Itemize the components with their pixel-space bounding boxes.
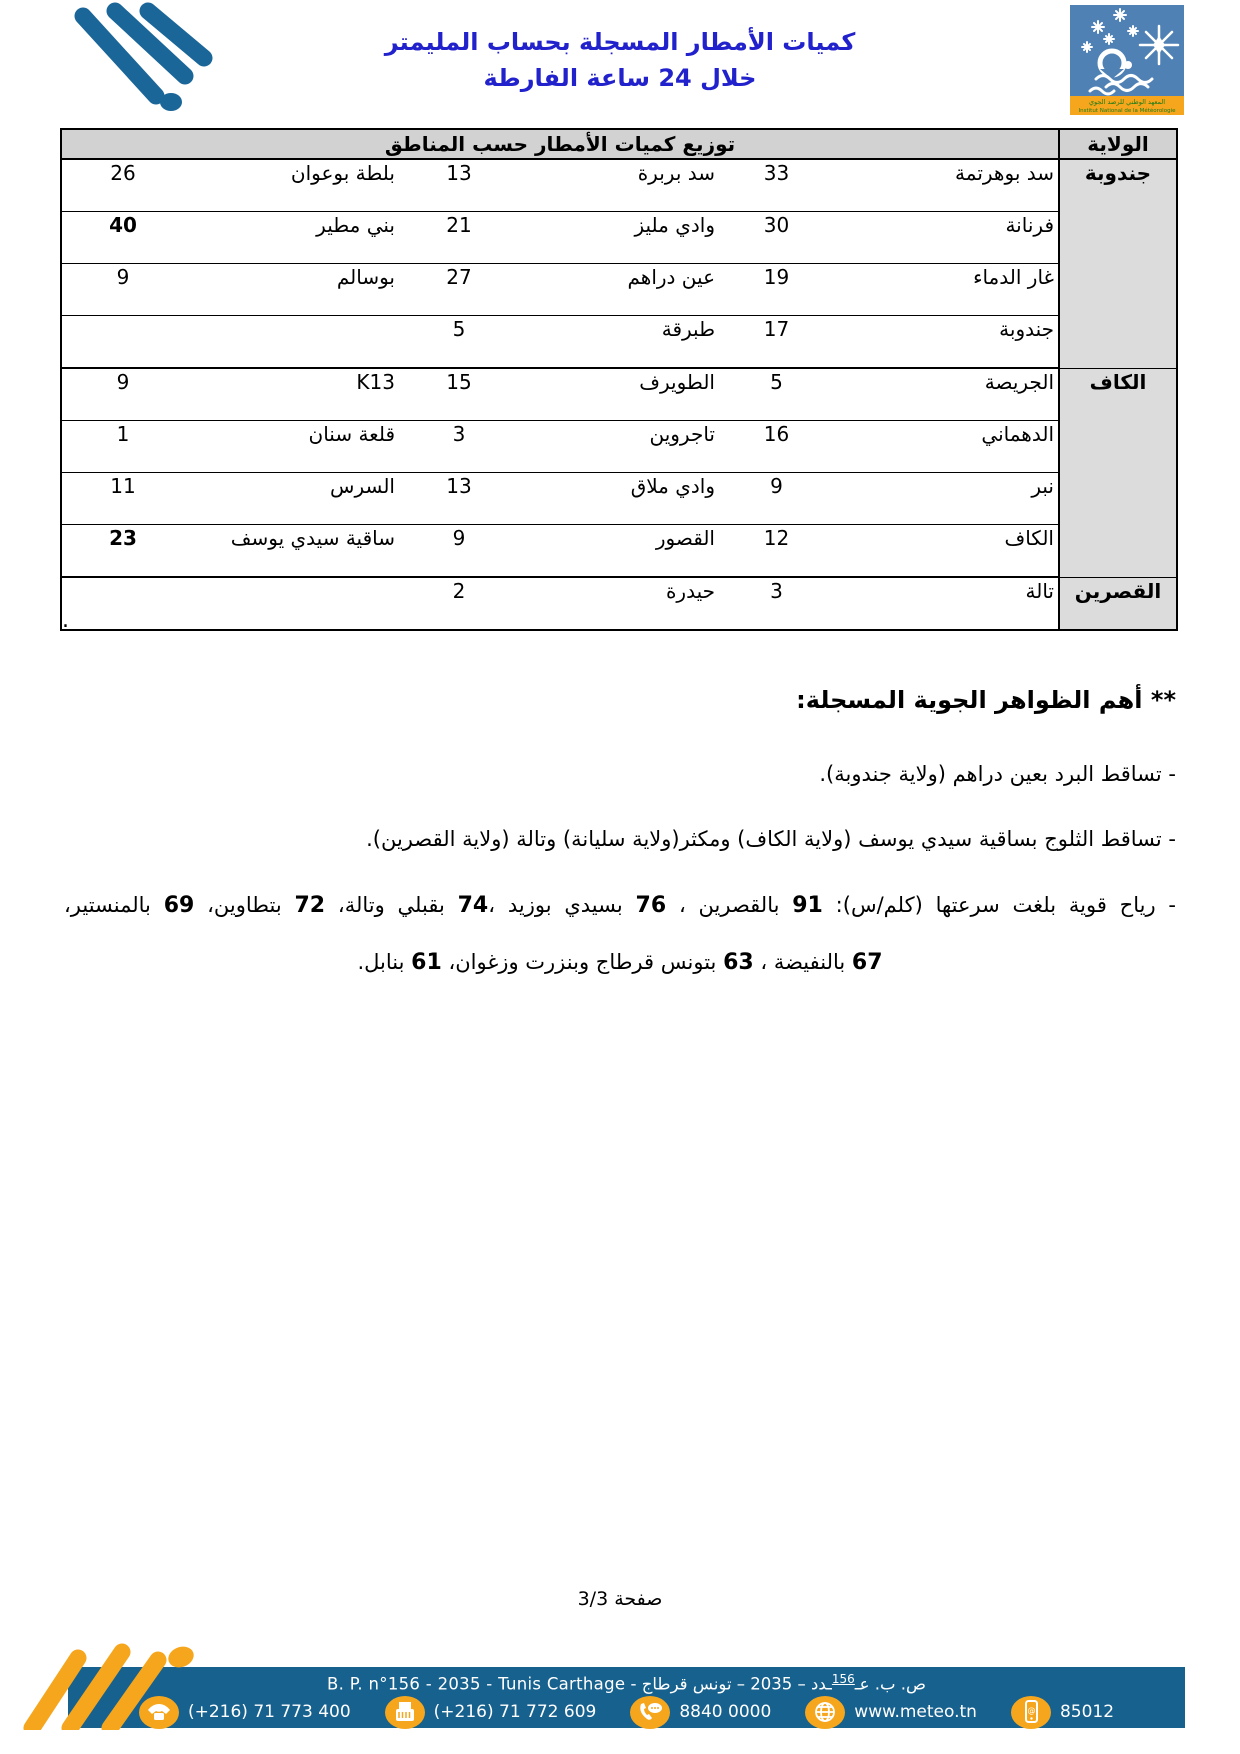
inm-caption-ar: المعهد الوطني للرصد الجوي xyxy=(1089,98,1165,106)
footer-address-fr: B. P. n°156 - 2035 - Tunis Carthage xyxy=(327,1675,625,1694)
station-name-cell: حيدرة xyxy=(519,577,719,630)
stray-period: . xyxy=(62,608,69,633)
station-name-cell: الدهماني xyxy=(834,421,1059,473)
table-row: نبر9وادي ملاق13السرس11 xyxy=(61,473,1177,525)
station-name-cell: السرس xyxy=(184,473,399,525)
rainfall-value-cell: 13 xyxy=(399,473,519,525)
mobile-icon: @ xyxy=(1011,1696,1051,1729)
rainfall-value-cell: 2 xyxy=(399,577,519,630)
rainfall-value-cell: 5 xyxy=(399,316,519,369)
rainfall-value-cell: 17 xyxy=(719,316,834,369)
station-name-cell: K13 xyxy=(184,368,399,421)
wilaya-cell: الكاف xyxy=(1059,368,1177,577)
rainfall-value-cell: 13 xyxy=(399,159,519,212)
distribution-header: توزيع كميات الأمطار حسب المناطق xyxy=(61,129,1059,159)
station-name-cell: تاجروين xyxy=(519,421,719,473)
page-number: صفحة 3/3 xyxy=(0,1588,1240,1610)
rainfall-value-cell: 23 xyxy=(61,525,184,578)
phenomena-note-line: - رياح قوية بلغت سرعتها (كلم/س): 91 بالق… xyxy=(64,891,1176,922)
svg-text:@: @ xyxy=(1027,1706,1035,1715)
rainfall-value-cell: 1 xyxy=(61,421,184,473)
inm-logo: المعهد الوطني للرصد الجوي Institut Natio… xyxy=(1070,5,1184,115)
rainfall-value-cell: 9 xyxy=(399,525,519,578)
phenomena-note-line: 67 بالنفيضة ، 63 بتونس قرطاج وبنزرت وزغو… xyxy=(64,948,1176,979)
rainfall-value-cell: 3 xyxy=(719,577,834,630)
doc-header: كميات الأمطار المسجلة بحساب المليمتر خلا… xyxy=(0,0,1240,120)
wilaya-column-header: الولاية xyxy=(1059,129,1177,159)
station-name-cell: جندوبة xyxy=(834,316,1059,369)
footer-address-ar-post: ـدد – 2035 – تونس قرطاج - xyxy=(625,1675,832,1694)
contact-item[interactable]: www.meteo.tn xyxy=(805,1696,977,1729)
footer-contacts: (+216) 71 773 400(+216) 71 772 6098840 0… xyxy=(68,1696,1185,1729)
phenomena-section: ** أهم الظواهر الجوية المسجلة: - تساقط ا… xyxy=(64,686,1176,1014)
station-name-cell: قلعة سنان xyxy=(184,421,399,473)
rainfall-value-cell: 26 xyxy=(61,159,184,212)
station-name-cell: فرنانة xyxy=(834,212,1059,264)
rainfall-value-cell: 16 xyxy=(719,421,834,473)
table-row: الكافالجريصة5الطويرف15K139 xyxy=(61,368,1177,421)
station-name-cell: بني مطير xyxy=(184,212,399,264)
doc-title: كميات الأمطار المسجلة بحساب المليمتر خلا… xyxy=(0,24,1240,96)
contact-item: 8840 0000 xyxy=(630,1696,771,1729)
station-name-cell xyxy=(184,577,399,630)
table-row: غار الدماء19عين دراهم27بوسالم9 xyxy=(61,264,1177,316)
station-name-cell: عين دراهم xyxy=(519,264,719,316)
table-row: جندوبة17طبرقة5 xyxy=(61,316,1177,369)
footer-band: ص. ب. عـ156ـدد – 2035 – تونس قرطاج - B. … xyxy=(68,1667,1185,1728)
station-name-cell: طبرقة xyxy=(519,316,719,369)
contact-label[interactable]: www.meteo.tn xyxy=(854,1702,977,1722)
station-name-cell: ساقية سيدي يوسف xyxy=(184,525,399,578)
phenomena-note-line: - تساقط البرد بعين دراهم (ولاية جندوبة). xyxy=(64,760,1176,789)
station-name-cell: وادي مليز xyxy=(519,212,719,264)
rainfall-value-cell xyxy=(61,316,184,369)
rainfall-value-cell: 3 xyxy=(399,421,519,473)
rainfall-value-cell: 5 xyxy=(719,368,834,421)
station-name-cell: الكاف xyxy=(834,525,1059,578)
table-row: القصرينتالة3حيدرة2 xyxy=(61,577,1177,630)
phenomena-heading: ** أهم الظواهر الجوية المسجلة: xyxy=(64,686,1176,714)
inm-caption-fr: Institut National de la Météorologie xyxy=(1079,107,1177,114)
table-header-row: الولاية توزيع كميات الأمطار حسب المناطق xyxy=(61,129,1177,159)
table-row: الكاف12القصور9ساقية سيدي يوسف23 xyxy=(61,525,1177,578)
station-name-cell: وادي ملاق xyxy=(519,473,719,525)
table-row: فرنانة30وادي مليز21بني مطير40 xyxy=(61,212,1177,264)
wilaya-cell: القصرين xyxy=(1059,577,1177,630)
footer-address: ص. ب. عـ156ـدد – 2035 – تونس قرطاج - B. … xyxy=(68,1667,1185,1694)
station-name-cell xyxy=(184,316,399,369)
station-name-cell: القصور xyxy=(519,525,719,578)
station-name-cell: الطويرف xyxy=(519,368,719,421)
station-name-cell: نبر xyxy=(834,473,1059,525)
contact-item: (+216) 71 772 609 xyxy=(385,1696,597,1729)
footer-address-ar-pre: ص. ب. عـ xyxy=(855,1675,926,1694)
station-name-cell: سد بربرة xyxy=(519,159,719,212)
rainfall-value-cell: 21 xyxy=(399,212,519,264)
table-row: جندوبةسد بوهرتمة33سد بربرة13بلطة بوعوان2… xyxy=(61,159,1177,212)
rainfall-value-cell xyxy=(61,577,184,630)
document-page: كميات الأمطار المسجلة بحساب المليمتر خلا… xyxy=(0,0,1240,1754)
station-name-cell: غار الدماء xyxy=(834,264,1059,316)
doc-title-line1: كميات الأمطار المسجلة بحساب المليمتر xyxy=(0,24,1240,60)
rainfall-value-cell: 9 xyxy=(61,368,184,421)
footer-orange-streaks-decoration xyxy=(18,1640,218,1730)
phenomena-note-line: - تساقط الثلوج بساقية سيدي يوسف (ولاية ا… xyxy=(64,825,1176,854)
contact-label: 8840 0000 xyxy=(679,1702,771,1722)
rainfall-value-cell: 15 xyxy=(399,368,519,421)
fax-icon xyxy=(385,1696,425,1729)
contact-item: @85012 xyxy=(1011,1696,1114,1729)
station-name-cell: بلطة بوعوان xyxy=(184,159,399,212)
rainfall-table: الولاية توزيع كميات الأمطار حسب المناطق … xyxy=(60,128,1178,631)
rainfall-value-cell: 27 xyxy=(399,264,519,316)
contact-label: (+216) 71 772 609 xyxy=(434,1702,597,1722)
footer-address-number: 156 xyxy=(832,1672,855,1686)
globe-icon xyxy=(805,1696,845,1729)
contact-label: 85012 xyxy=(1060,1702,1114,1722)
rainfall-value-cell: 19 xyxy=(719,264,834,316)
rainfall-value-cell: 9 xyxy=(61,264,184,316)
station-name-cell: سد بوهرتمة xyxy=(834,159,1059,212)
wilaya-cell: جندوبة xyxy=(1059,159,1177,368)
call-icon xyxy=(630,1696,670,1729)
table-row: الدهماني16تاجروين3قلعة سنان1 xyxy=(61,421,1177,473)
rainfall-value-cell: 11 xyxy=(61,473,184,525)
rainfall-value-cell: 30 xyxy=(719,212,834,264)
rainfall-value-cell: 40 xyxy=(61,212,184,264)
rainfall-value-cell: 12 xyxy=(719,525,834,578)
doc-title-line2: خلال 24 ساعة الفارطة xyxy=(0,60,1240,96)
rainfall-value-cell: 9 xyxy=(719,473,834,525)
station-name-cell: تالة xyxy=(834,577,1059,630)
rainfall-value-cell: 33 xyxy=(719,159,834,212)
station-name-cell: بوسالم xyxy=(184,264,399,316)
phenomena-bullets: - تساقط البرد بعين دراهم (ولاية جندوبة).… xyxy=(64,760,1176,978)
station-name-cell: الجريصة xyxy=(834,368,1059,421)
